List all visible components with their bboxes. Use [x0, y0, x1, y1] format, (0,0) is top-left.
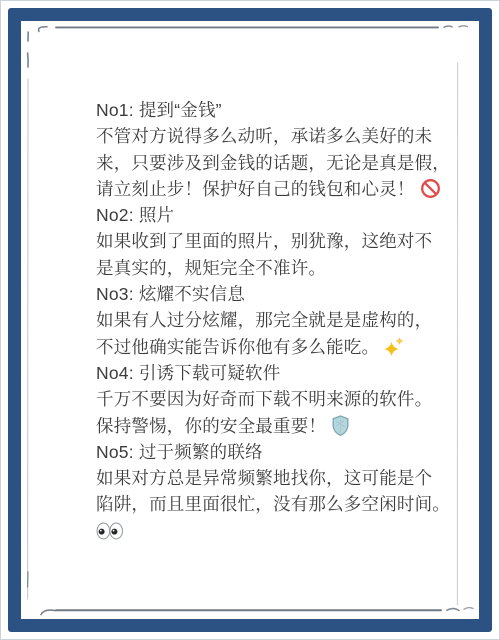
- line-text: 请立刻止步！保护好自己的钱包和心灵！: [96, 179, 415, 199]
- eyes-icon: [96, 521, 124, 547]
- text-line: 不管对方说得多么动听，承诺多么美好的未: [96, 123, 461, 149]
- line-text: 如果收到了里面的照片，别犹豫，这绝对不: [96, 231, 432, 251]
- text-line: 请立刻止步！保护好自己的钱包和心灵！: [96, 176, 461, 202]
- text-line: No1: 提到“金钱”: [96, 97, 461, 123]
- line-text: 如果对方总是异常频繁地找你，这可能是个: [96, 468, 432, 488]
- line-text: No2: 照片: [96, 205, 174, 225]
- text-line: No2: 照片: [96, 202, 461, 228]
- text-line: 不过他确实能告诉你他有多么能吃。: [96, 334, 461, 360]
- line-text: 来，只要涉及到金钱的话题，无论是真是假，: [96, 153, 450, 173]
- line-text: No5: 过于频繁的联络: [96, 442, 263, 462]
- text-line: No3: 炫耀不实信息: [96, 281, 461, 307]
- line-text: 是真实的，规矩完全不准许。: [96, 258, 326, 278]
- line-text: 如果有人过分炫耀，那完全就是是虚构的，: [96, 310, 432, 330]
- line-text: 不过他确实能告诉你他有多么能吃。: [96, 337, 379, 357]
- no-entry-icon: [420, 178, 441, 206]
- line-text: No1: 提到“金钱”: [96, 100, 222, 120]
- text-line: No4: 引诱下载可疑软件: [96, 360, 461, 386]
- text-line: 千万不要因为好奇而下载不明来源的软件。: [96, 386, 461, 412]
- sparkles-icon: [384, 336, 405, 364]
- text-line: 来，只要涉及到金钱的话题，无论是真是假，: [96, 150, 461, 176]
- text-block: No1: 提到“金钱”不管对方说得多么动听，承诺多么美好的未来，只要涉及到金钱的…: [96, 97, 461, 544]
- text-line: 是真实的，规矩完全不准许。: [96, 255, 461, 281]
- line-text: 千万不要因为好奇而下载不明来源的软件。: [96, 389, 432, 409]
- line-text: No3: 炫耀不实信息: [96, 284, 245, 304]
- line-text: 不管对方说得多么动听，承诺多么美好的未: [96, 126, 432, 146]
- text-line: 保持警惕，你的安全最重要！: [96, 413, 461, 439]
- line-text: 保持警惕，你的安全最重要！: [96, 416, 326, 436]
- text-line: 如果对方总是异常频繁地找你，这可能是个: [96, 465, 461, 491]
- text-line: 陷阱，而且里面很忙，没有那么多空闲时间。: [96, 491, 461, 517]
- text-line: 如果有人过分炫耀，那完全就是是虚构的，: [96, 307, 461, 333]
- line-text: No4: 引诱下载可疑软件: [96, 363, 280, 383]
- poster: No1: 提到“金钱”不管对方说得多么动听，承诺多么美好的未来，只要涉及到金钱的…: [0, 0, 500, 640]
- shield-icon: [331, 415, 350, 443]
- text-line: No5: 过于频繁的联络: [96, 439, 461, 465]
- text-line: 如果收到了里面的照片，别犹豫，这绝对不: [96, 228, 461, 254]
- line-text: 陷阱，而且里面很忙，没有那么多空闲时间。: [96, 494, 450, 514]
- text-line: [96, 518, 461, 544]
